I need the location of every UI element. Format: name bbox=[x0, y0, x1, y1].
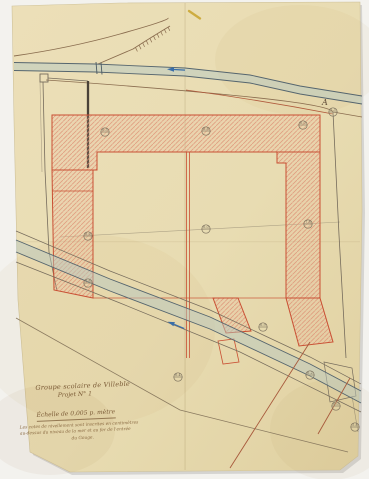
spot-level-marker: 6.8 bbox=[84, 279, 92, 287]
svg-text:5.3: 5.3 bbox=[330, 108, 335, 112]
spot-level-marker: 6.8 bbox=[202, 127, 210, 135]
svg-text:6.0: 6.0 bbox=[333, 402, 338, 406]
spot-level-marker: 6.0 bbox=[332, 402, 340, 410]
svg-text:6.4: 6.4 bbox=[175, 373, 180, 377]
spot-level-marker: 7.8 bbox=[304, 220, 312, 228]
svg-text:7.8: 7.8 bbox=[305, 220, 310, 224]
svg-text:6.6: 6.6 bbox=[85, 232, 90, 236]
svg-text:6.0: 6.0 bbox=[203, 225, 208, 229]
spot-level-marker: 5.8 bbox=[351, 423, 359, 431]
spot-level-marker: 6.0 bbox=[299, 121, 307, 129]
svg-text:6.8: 6.8 bbox=[85, 279, 90, 283]
svg-text:6.0: 6.0 bbox=[300, 121, 305, 125]
spot-level-marker: 6.6 bbox=[84, 232, 92, 240]
svg-text:6.9: 6.9 bbox=[260, 323, 265, 327]
spot-level-marker: 6.4 bbox=[174, 373, 182, 381]
spot-level-marker: 6.5 bbox=[101, 128, 109, 136]
svg-text:6.8: 6.8 bbox=[203, 127, 208, 131]
svg-text:6.5: 6.5 bbox=[102, 128, 107, 132]
spot-level-marker: 6.2 bbox=[306, 371, 314, 379]
svg-text:6.2: 6.2 bbox=[307, 371, 312, 375]
svg-text:5.8: 5.8 bbox=[352, 423, 357, 427]
corner-label-a: A bbox=[322, 98, 328, 107]
spot-level-marker: 6.9 bbox=[259, 323, 267, 331]
spot-level-marker: 5.3 bbox=[329, 108, 337, 116]
title-block: Groupe scolaire de Villeble Projet N° 1 … bbox=[35, 378, 167, 422]
spot-level-marker: 6.0 bbox=[202, 225, 210, 233]
scanned-plan-page: 6.56.86.05.36.07.86.66.86.96.46.26.05.8 … bbox=[0, 0, 369, 479]
